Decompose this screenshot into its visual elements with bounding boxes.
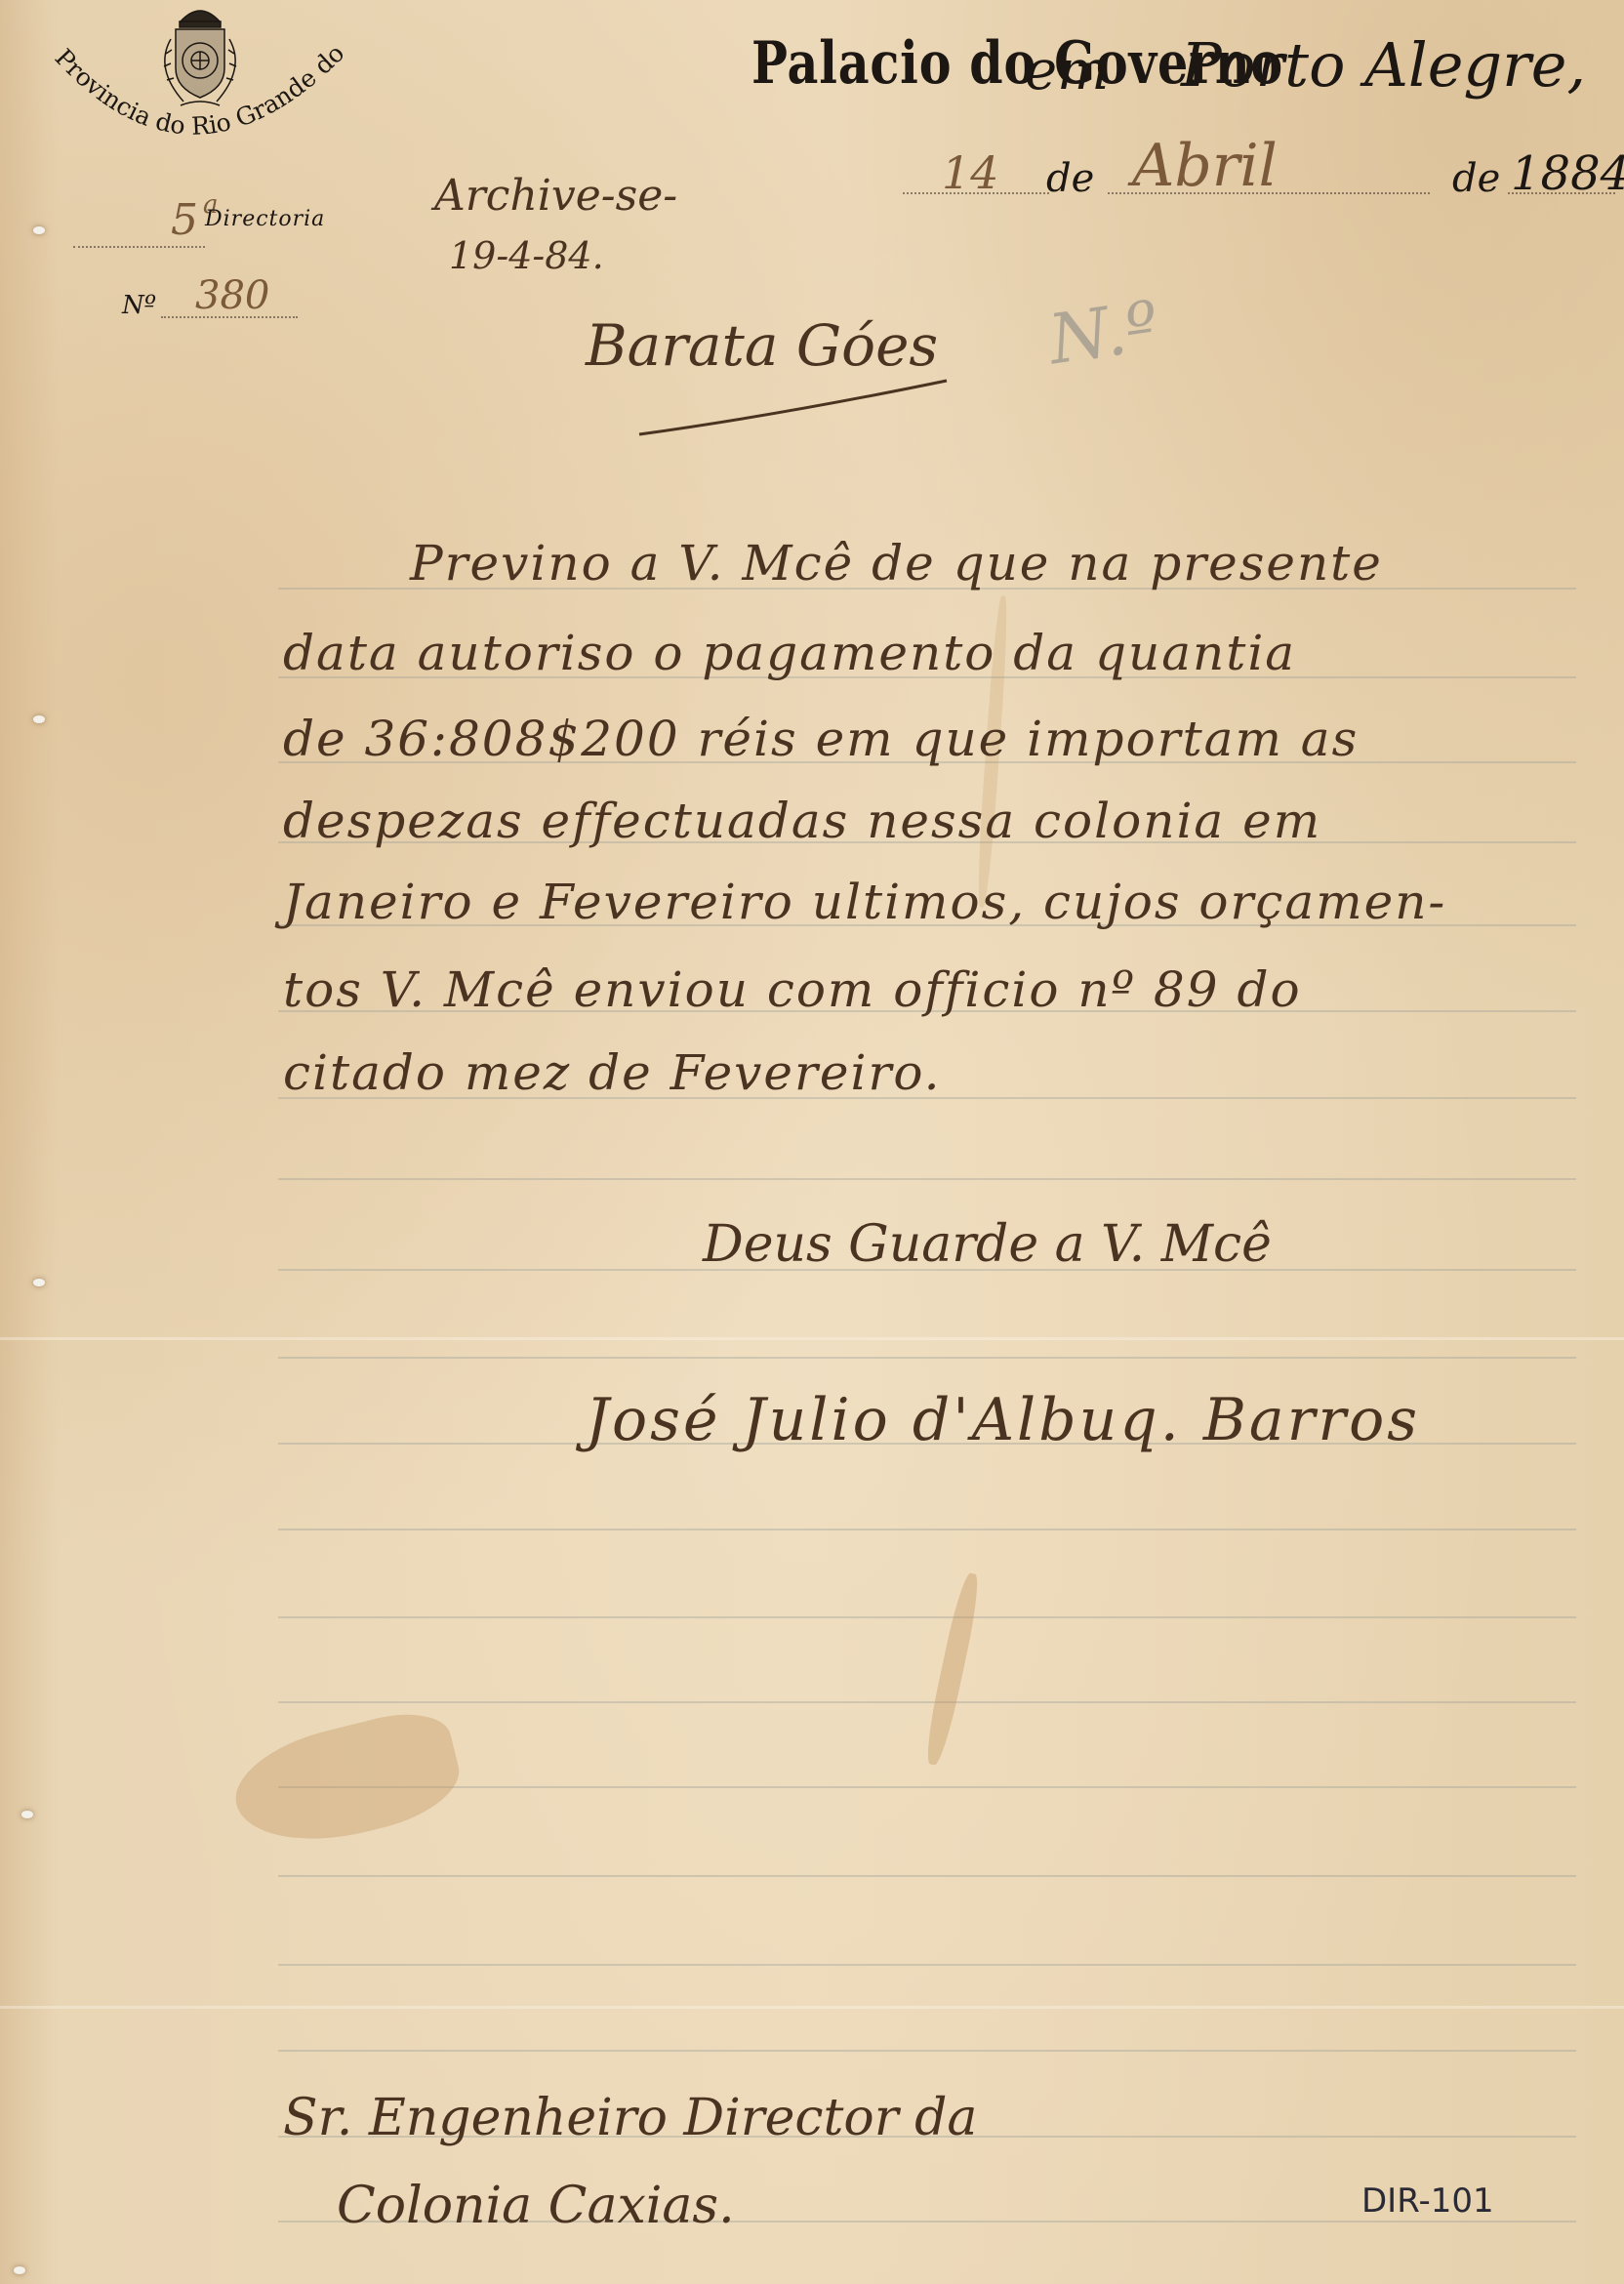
pencil-mark: N.º (1044, 286, 1163, 381)
governor-signature: José Julio d'Albuq. Barros (586, 1386, 1420, 1454)
ruled-line (278, 2050, 1576, 2052)
body-line: Janeiro e Fevereiro ultimos, cujos orçam… (283, 874, 1446, 930)
signature-flourish (634, 371, 956, 439)
numero-label: Nº (122, 291, 156, 320)
svg-text:Provincia do Rio Grande do Sul: Provincia do Rio Grande do Sul. (39, 20, 355, 141)
punch-hole (33, 1279, 45, 1286)
date-de: de (1046, 156, 1094, 201)
fold-crease (0, 1337, 1624, 1340)
ruled-line (278, 1875, 1576, 1877)
date-de: de (1452, 156, 1500, 201)
ink-smudge (921, 1571, 983, 1767)
archive-note: Archive-se- (434, 171, 677, 221)
body-line: data autoriso o pagamento da quantia (283, 625, 1296, 681)
punch-hole (14, 2266, 25, 2274)
directoria-dotted-line (73, 246, 205, 248)
ruled-line (278, 1529, 1576, 1530)
body-line: tos V. Mcê enviou com officio nº 89 do (283, 961, 1302, 1018)
archive-date: 19-4-84. (449, 234, 604, 277)
initial-signature: Barata Góes (586, 312, 938, 379)
punch-hole (33, 715, 45, 723)
ruled-line (278, 1178, 1576, 1180)
directoria-label: Directoria (205, 207, 325, 231)
numero-value: 380 (195, 273, 269, 318)
date-year: 1884 (1511, 146, 1624, 201)
fold-crease (0, 2006, 1624, 2009)
province-arc-text: Provincia do Rio Grande do Sul. (39, 20, 371, 195)
date-month: Abril (1132, 132, 1278, 200)
ruled-line (278, 1616, 1576, 1618)
body-line: de 36:808$200 réis em que importam as (283, 711, 1359, 767)
city-name: Porto Alegre, (1181, 29, 1586, 101)
ruled-line (278, 1701, 1576, 1703)
addressee-line: Colonia Caxias. (337, 2177, 735, 2235)
water-stain (224, 1702, 468, 1860)
body-line: despezas effectuadas nessa colonia em (283, 793, 1321, 849)
directoria-number: 5 (171, 195, 198, 245)
date-day: 14 (942, 146, 999, 199)
reference-code: DIR-101 (1361, 2182, 1494, 2221)
body-line: citado mez de Fevereiro. (283, 1044, 942, 1101)
punch-hole (33, 226, 45, 234)
heading-em: em (1025, 39, 1109, 102)
ruled-line (278, 1964, 1576, 1966)
ruled-line (278, 1786, 1576, 1788)
punch-hole (21, 1811, 33, 1818)
closing-salutation: Deus Guarde a V. Mcê (703, 1215, 1272, 1274)
ruled-line (278, 1357, 1576, 1359)
addressee-line: Sr. Engenheiro Director da (283, 2089, 977, 2147)
body-line: Previno a V. Mcê de que na presente (410, 535, 1383, 591)
